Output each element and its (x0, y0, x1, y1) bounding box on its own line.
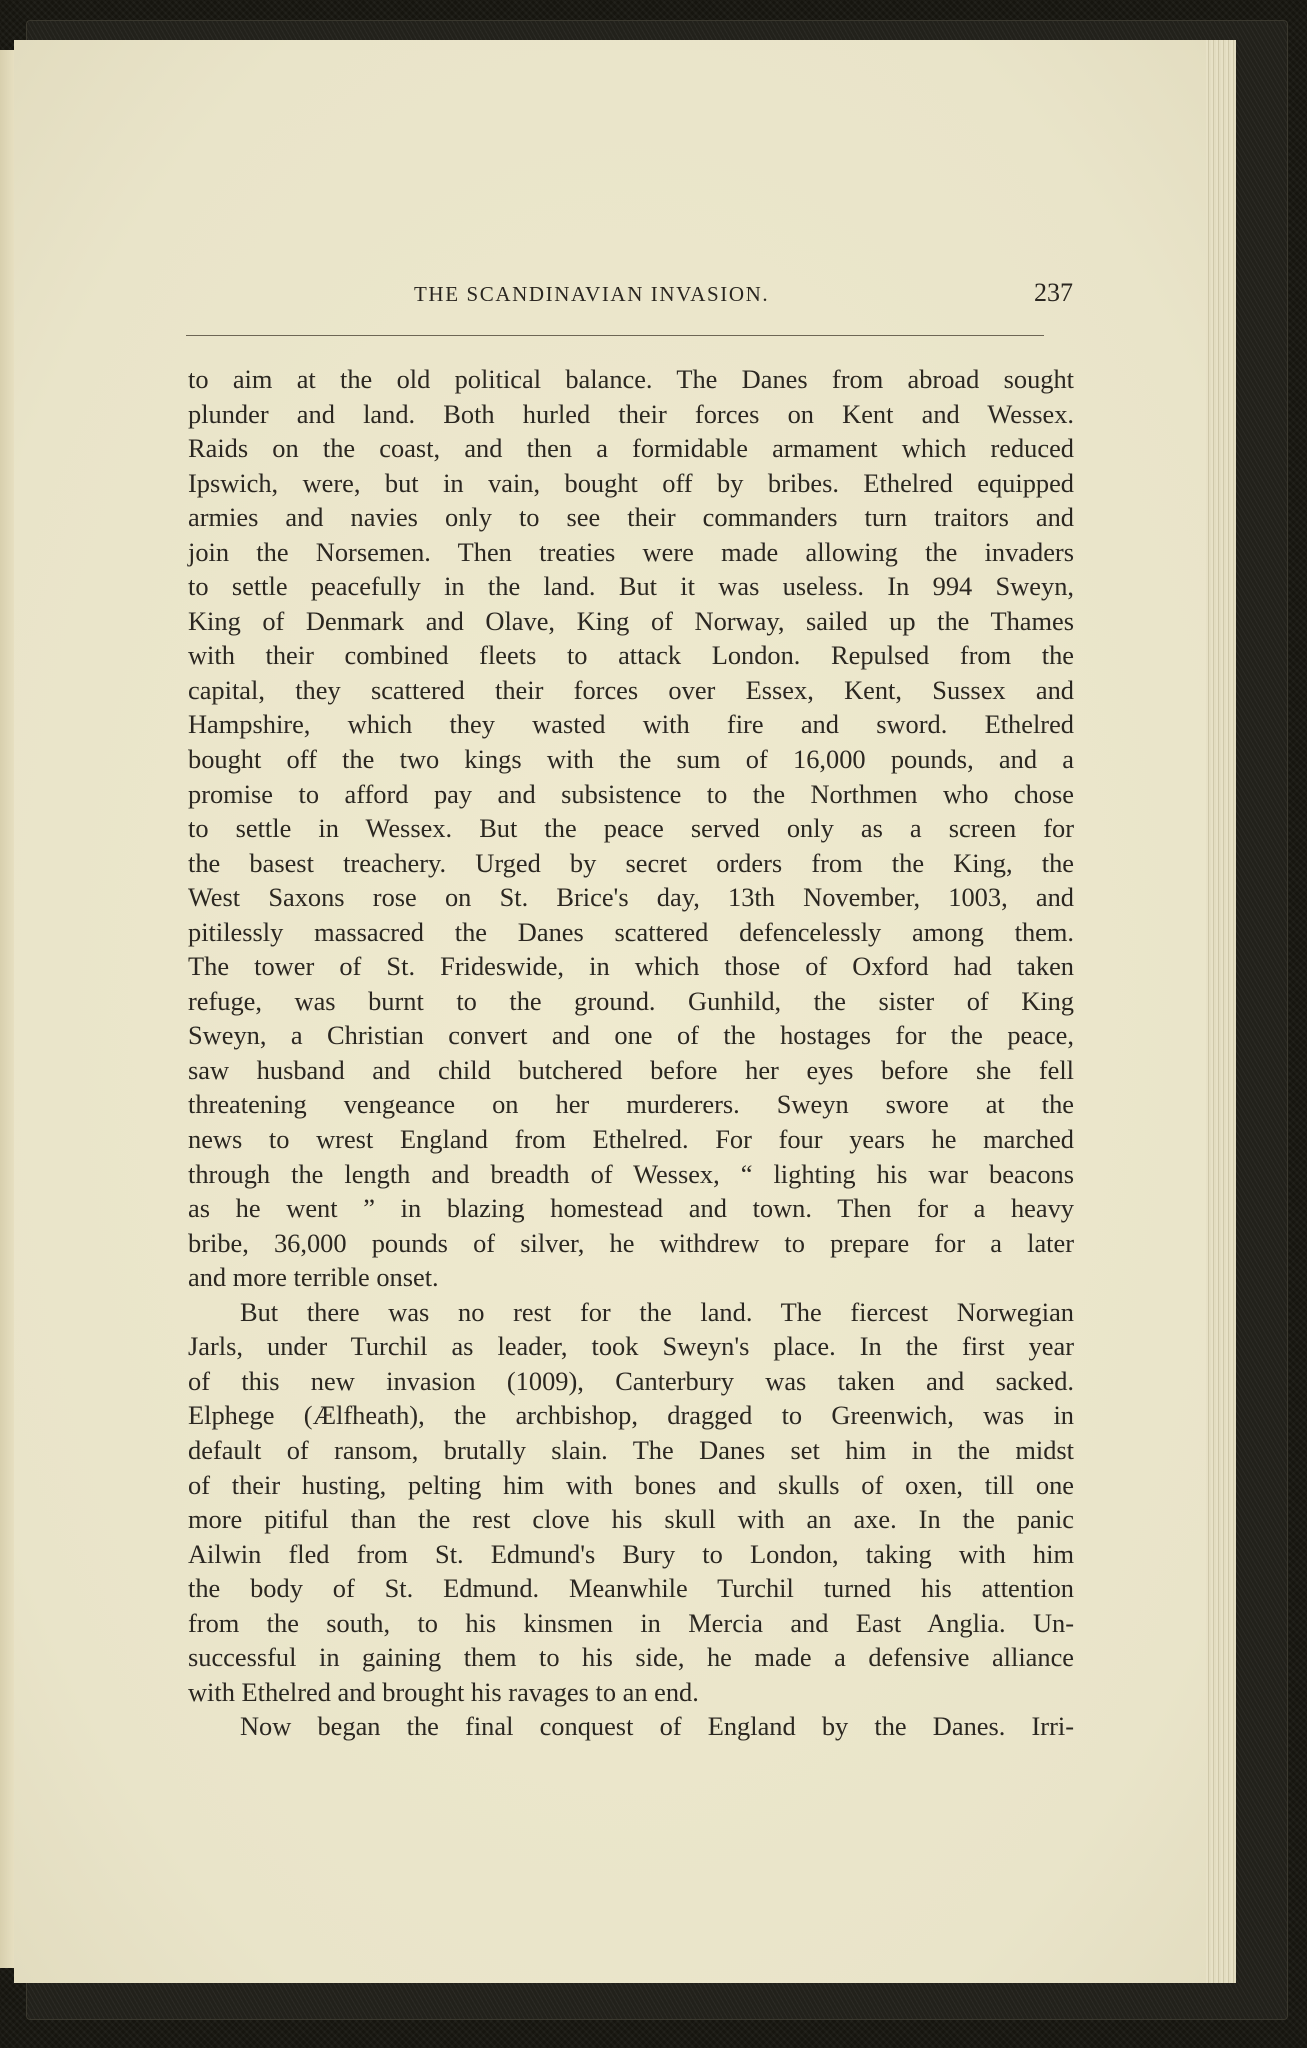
paragraph-end-line: with Ethelred and brought his ravages to… (188, 1675, 1074, 1710)
book-page: THE SCANDINAVIAN INVASION. 237 to aim at… (14, 40, 1236, 1983)
paragraph-start-line: Now began the final conquest of England … (188, 1709, 1074, 1744)
text-line: Raids on the coast, and then a formidabl… (188, 431, 1074, 466)
text-line: to settle in Wessex. But the peace serve… (188, 811, 1074, 846)
text-line: capital, they scattered their forces ove… (188, 673, 1074, 708)
text-line: Ailwin fled from St. Edmund's Bury to Lo… (188, 1537, 1074, 1572)
text-line: to aim at the old political balance. The… (188, 362, 1074, 397)
text-line: King of Denmark and Olave, King of Norwa… (188, 604, 1074, 639)
text-line: successful in gaining them to his side, … (188, 1640, 1074, 1675)
text-line: Ipswich, were, but in vain, bought off b… (188, 466, 1074, 501)
body-text: to aim at the old political balance. The… (188, 362, 1074, 1744)
text-line: more pitiful than the rest clove his sku… (188, 1502, 1074, 1537)
text-line: news to wrest England from Ethelred. For… (188, 1122, 1074, 1157)
text-line: from the south, to his kinsmen in Mercia… (188, 1606, 1074, 1641)
text-line: refuge, was burnt to the ground. Gunhild… (188, 984, 1074, 1019)
text-line: bribe, 36,000 pounds of silver, he withd… (188, 1226, 1074, 1261)
text-line: with their combined fleets to attack Lon… (188, 638, 1074, 673)
text-line: default of ransom, brutally slain. The D… (188, 1433, 1074, 1468)
text-line: as he went ” in blazing homestead and to… (188, 1191, 1074, 1226)
text-line: Hampshire, which they wasted with fire a… (188, 707, 1074, 742)
text-line: The tower of St. Frideswide, in which th… (188, 949, 1074, 984)
text-line: promise to afford pay and subsistence to… (188, 777, 1074, 812)
running-head: THE SCANDINAVIAN INVASION. 237 (14, 282, 1114, 312)
header-rule (186, 335, 1044, 336)
text-line: threatening vengeance on her murderers. … (188, 1087, 1074, 1122)
text-line: through the length and breadth of Wessex… (188, 1157, 1074, 1192)
facing-page-edge (0, 50, 15, 1968)
text-line: bought off the two kings with the sum of… (188, 742, 1074, 777)
text-line: saw husband and child butchered before h… (188, 1053, 1074, 1088)
text-line: of this new invasion (1009), Canterbury … (188, 1364, 1074, 1399)
text-line: join the Norsemen. Then treaties were ma… (188, 535, 1074, 570)
text-line: West Saxons rose on St. Brice's day, 13t… (188, 880, 1074, 915)
paragraph-end-line: and more terrible onset. (188, 1260, 1074, 1295)
text-line: the body of St. Edmund. Meanwhile Turchi… (188, 1571, 1074, 1606)
text-line: Sweyn, a Christian convert and one of th… (188, 1018, 1074, 1053)
text-line: pitilessly massacred the Danes scattered… (188, 915, 1074, 950)
page-stack-edge (1206, 40, 1236, 1983)
text-line: plunder and land. Both hurled their forc… (188, 397, 1074, 432)
text-line: of their husting, pelting him with bones… (188, 1468, 1074, 1503)
paragraph-start-line: But there was no rest for the land. The … (188, 1295, 1074, 1330)
text-line: the basest treachery. Urged by secret or… (188, 846, 1074, 881)
text-line: to settle peacefully in the land. But it… (188, 569, 1074, 604)
text-line: Elphege (Ælfheath), the archbishop, drag… (188, 1398, 1074, 1433)
text-line: armies and navies only to see their comm… (188, 500, 1074, 535)
text-line: Jarls, under Turchil as leader, took Swe… (188, 1329, 1074, 1364)
page-number: 237 (1034, 278, 1073, 308)
running-title: THE SCANDINAVIAN INVASION. (414, 282, 769, 307)
